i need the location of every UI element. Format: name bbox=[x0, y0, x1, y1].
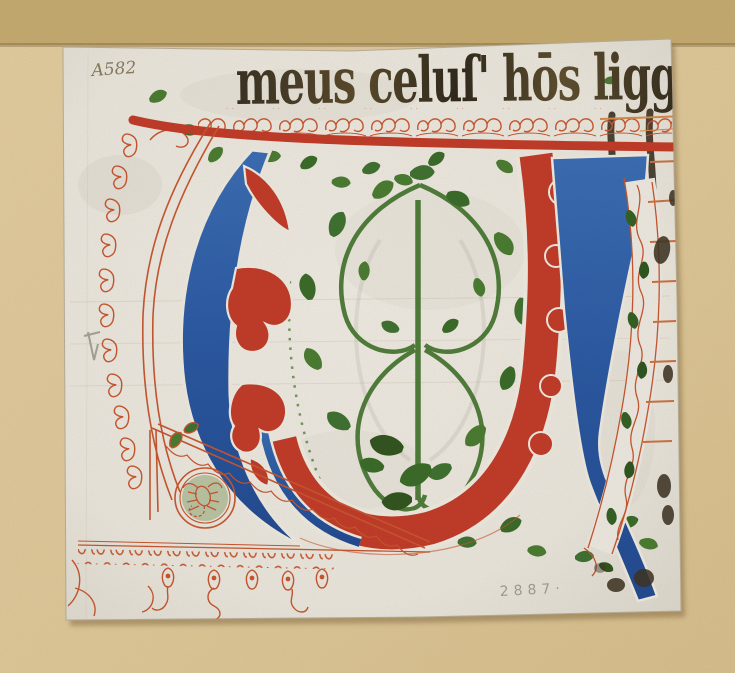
manuscript-photo: meus celuſ' hōs ligg bbox=[0, 0, 735, 673]
photo-grain bbox=[0, 0, 735, 673]
artwork-svg: meus celuſ' hōs ligg bbox=[0, 0, 735, 673]
